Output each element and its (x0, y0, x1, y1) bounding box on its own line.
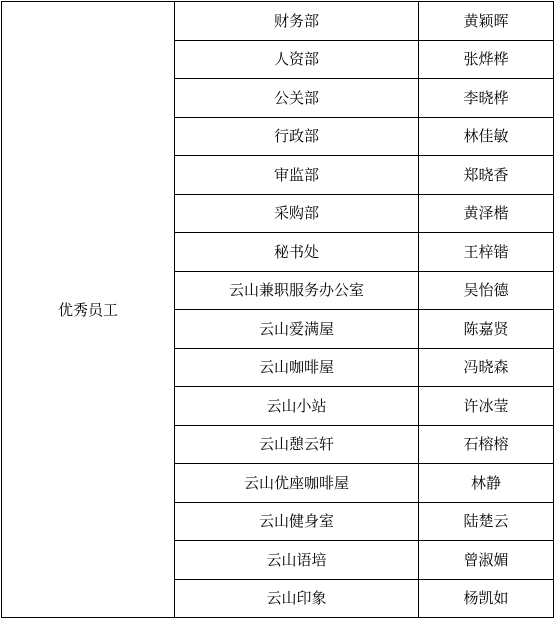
department-cell: 云山语培 (175, 541, 419, 580)
department-cell: 人资部 (175, 40, 419, 79)
employee-name-cell: 黄颖晖 (419, 2, 554, 41)
department-cell: 云山爱满屋 (175, 310, 419, 349)
employee-name-cell: 冯晓森 (419, 348, 554, 387)
employee-name-cell: 郑晓香 (419, 156, 554, 195)
department-cell: 云山优座咖啡屋 (175, 464, 419, 503)
employee-name-cell: 林静 (419, 464, 554, 503)
employee-name-cell: 陈嘉贤 (419, 310, 554, 349)
department-cell: 财务部 (175, 2, 419, 41)
employee-name-cell: 黄泽楷 (419, 194, 554, 233)
category-cell: 优秀员工 (2, 2, 175, 618)
department-cell: 秘书处 (175, 233, 419, 272)
department-cell: 云山兼职服务办公室 (175, 271, 419, 310)
department-cell: 审监部 (175, 156, 419, 195)
employee-name-cell: 许冰莹 (419, 387, 554, 426)
employee-name-cell: 陆楚云 (419, 502, 554, 541)
employee-name-cell: 吴怡德 (419, 271, 554, 310)
employee-name-cell: 张烨桦 (419, 40, 554, 79)
employee-name-cell: 王梓锴 (419, 233, 554, 272)
department-cell: 云山健身室 (175, 502, 419, 541)
employee-name-cell: 石榕榕 (419, 425, 554, 464)
employee-name-cell: 曾淑媚 (419, 541, 554, 580)
employee-name-cell: 李晓桦 (419, 79, 554, 118)
department-cell: 云山小站 (175, 387, 419, 426)
award-table: 优秀员工 财务部 黄颖晖 人资部 张烨桦 公关部 李晓桦 行政部 林佳敏 审监部… (1, 1, 554, 618)
department-cell: 云山憩云轩 (175, 425, 419, 464)
department-cell: 行政部 (175, 117, 419, 156)
employee-name-cell: 林佳敏 (419, 117, 554, 156)
department-cell: 采购部 (175, 194, 419, 233)
department-cell: 云山咖啡屋 (175, 348, 419, 387)
department-cell: 云山印象 (175, 579, 419, 618)
table-row: 优秀员工 财务部 黄颖晖 (2, 2, 554, 41)
department-cell: 公关部 (175, 79, 419, 118)
employee-name-cell: 杨凯如 (419, 579, 554, 618)
